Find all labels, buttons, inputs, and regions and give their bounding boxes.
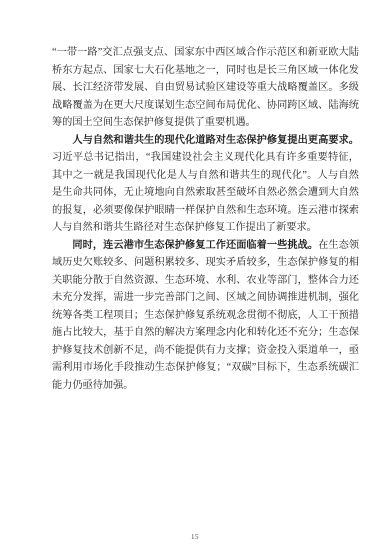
document-page: “一带一路”交汇点强支点、国家东中西区域合作示范区和新亚欧大陆桥东方起点、国家七… [0, 0, 390, 551]
paragraph-2-lead-bold: 人与自然和谐共生的现代化道路对生态保护修复提出更高要求。 [72, 135, 359, 146]
paragraph-3-lead-bold: 同时，连云港市生态保护修复工作还面临着一些挑战。 [72, 240, 318, 251]
paragraph-3-text: 在生态领域历史欠账较多、问题积累较多、现实矛盾较多，生态保护修复的相关职能分散于… [52, 240, 359, 391]
paragraph-2-text: 习近平总书记指出，“我国建设社会主义现代化具有许多重要特征，其中之一就是我国现代… [52, 152, 359, 233]
paragraph-1: “一带一路”交汇点强支点、国家东中西区域合作示范区和新亚欧大陆桥东方起点、国家七… [52, 44, 359, 132]
page-number: 15 [0, 533, 390, 541]
body-text: “一带一路”交汇点强支点、国家东中西区域合作示范区和新亚欧大陆桥东方起点、国家七… [52, 44, 359, 394]
paragraph-2: 人与自然和谐共生的现代化道路对生态保护修复提出更高要求。习近平总书记指出，“我国… [52, 132, 359, 237]
paragraph-3: 同时，连云港市生态保护修复工作还面临着一些挑战。在生态领域历史欠账较多、问题积累… [52, 237, 359, 395]
paragraph-1-text: “一带一路”交汇点强支点、国家东中西区域合作示范区和新亚欧大陆桥东方起点、国家七… [52, 47, 359, 128]
